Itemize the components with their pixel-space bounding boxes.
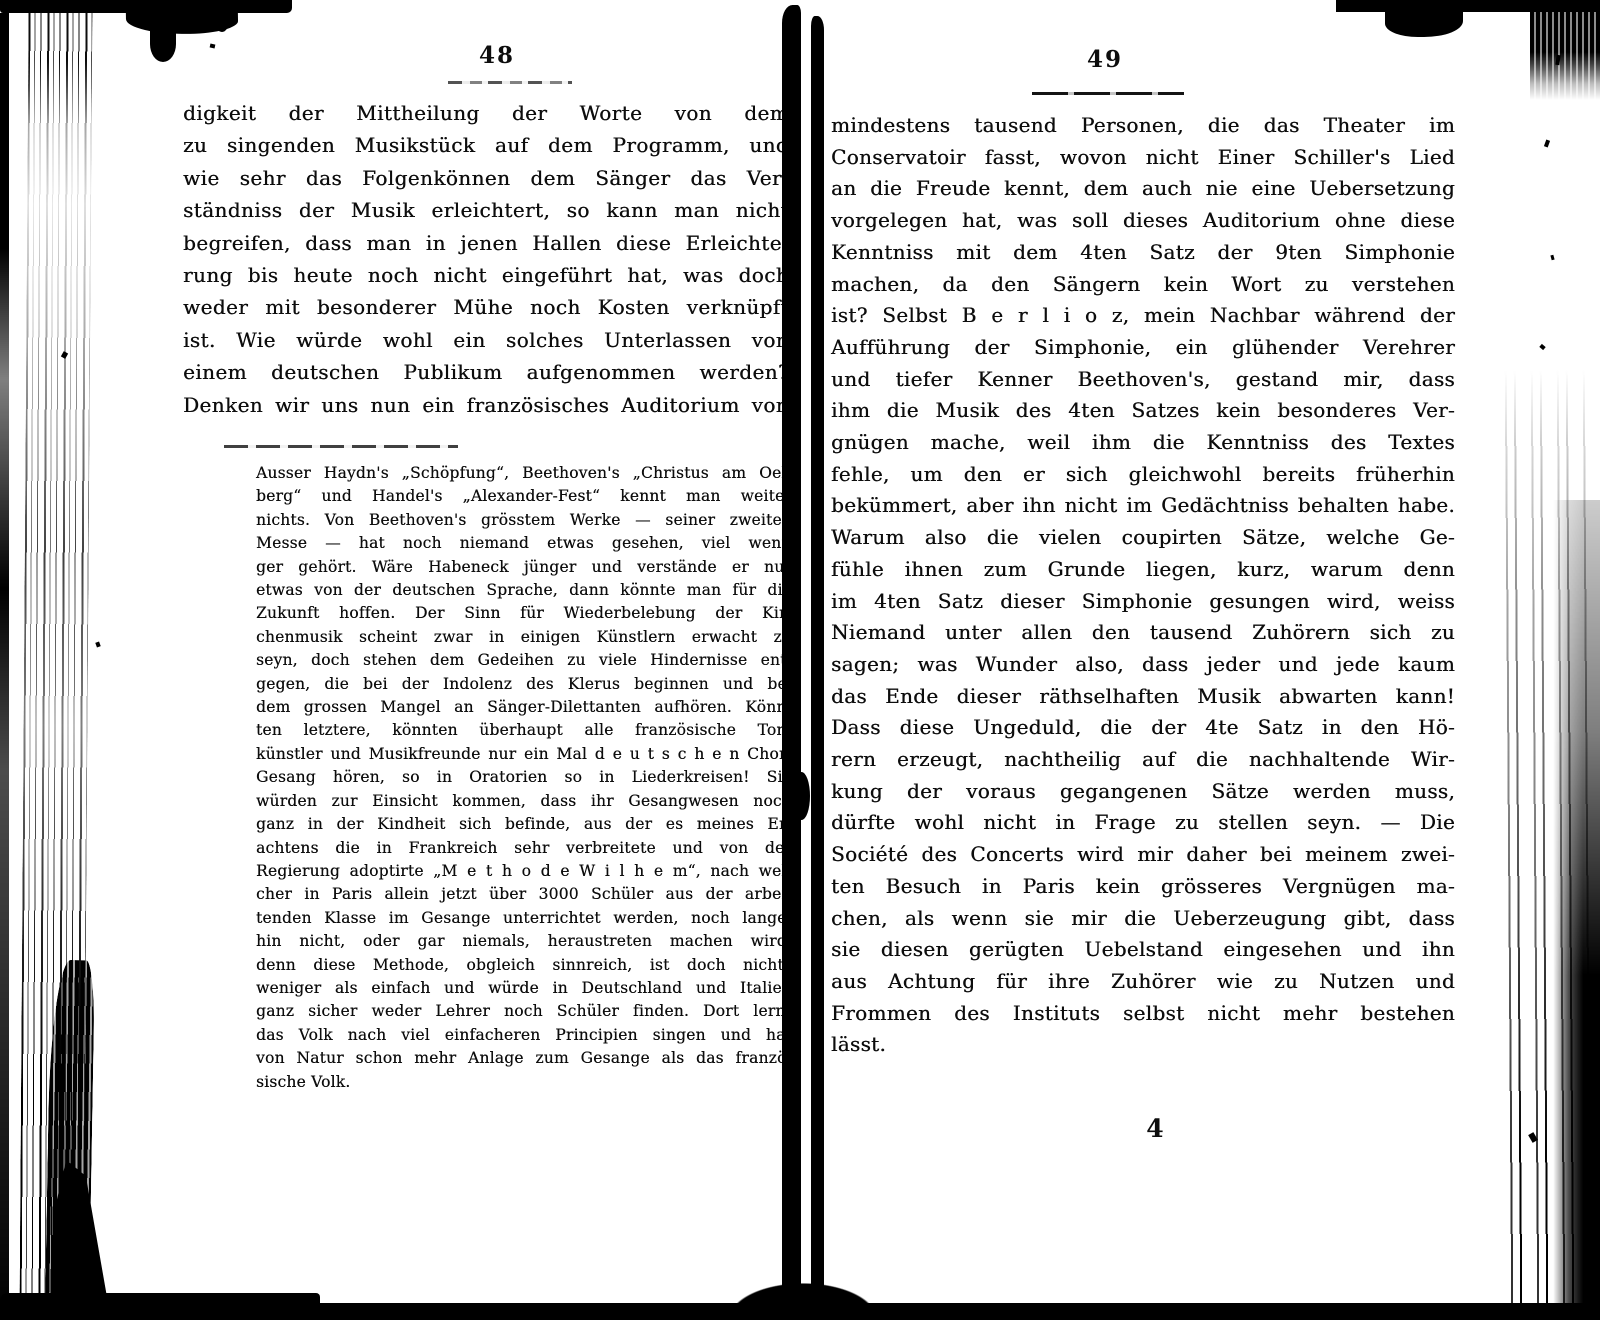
left-main-text: digkeit der Mittheilung der Worte von de… bbox=[183, 97, 789, 421]
text-line: gnügen mache, weil ihm die Kenntniss des… bbox=[831, 427, 1455, 459]
text-line: chen, als wenn sie mir die Ueberzeugung … bbox=[831, 903, 1455, 935]
text-line: vorgelegen hat, was soll dieses Auditori… bbox=[831, 205, 1455, 237]
text-line: berg“ und Handel's „Alexander-Fest“ kenn… bbox=[256, 485, 792, 508]
signature-mark: 4 bbox=[1095, 1114, 1215, 1143]
right-page-number: 49 bbox=[1005, 46, 1205, 73]
text-line: fühle ihnen zum Grunde liegen, kurz, war… bbox=[831, 554, 1455, 586]
text-line: lässt. bbox=[831, 1029, 1455, 1061]
text-line: Denken wir uns nun ein französisches Aud… bbox=[183, 389, 789, 421]
text-line: mindestens tausend Personen, die das The… bbox=[831, 110, 1455, 142]
text-line: gegen, die bei der Indolenz des Klerus b… bbox=[256, 673, 792, 696]
text-line: von Natur schon mehr Anlage zum Gesange … bbox=[256, 1047, 792, 1070]
text-line: wie sehr das Folgenkönnen dem Sänger das… bbox=[183, 162, 789, 194]
text-line: künstler und Musikfreunde nur ein Mal d … bbox=[256, 743, 792, 766]
footnote-separator-rule bbox=[224, 445, 458, 448]
right-main-text: mindestens tausend Personen, die das The… bbox=[831, 110, 1455, 1061]
left-page-number-rule bbox=[448, 81, 572, 84]
text-line: Dass diese Ungeduld, die der 4te Satz in… bbox=[831, 712, 1455, 744]
text-line: ist. Wie würde wohl ein solches Unterlas… bbox=[183, 324, 789, 356]
text-line: weder mit besonderer Mühe noch Kosten ve… bbox=[183, 291, 789, 323]
text-line: Aufführung der Simphonie, ein glühender … bbox=[831, 332, 1455, 364]
text-line: ten letztere, könnten überhaupt alle fra… bbox=[256, 719, 792, 742]
text-line: machen, da den Sängern kein Wort zu vers… bbox=[831, 269, 1455, 301]
text-line: Frommen des Instituts selbst nicht mehr … bbox=[831, 998, 1455, 1030]
text-line: etwas von der deutschen Sprache, dann kö… bbox=[256, 579, 792, 602]
text-line: ständniss der Musik erleichtert, so kann… bbox=[183, 194, 789, 226]
text-line: ist? Selbst B e r l i o z, mein Nachbar … bbox=[831, 300, 1455, 332]
text-line: Warum also die vielen coupirten Sätze, w… bbox=[831, 522, 1455, 554]
text-line: bekümmert, aber ihn nicht im Gedächtniss… bbox=[831, 490, 1455, 522]
text-line: rung bis heute noch nicht eingeführt hat… bbox=[183, 259, 789, 291]
text-line: cher in Paris allein jetzt über 3000 Sch… bbox=[256, 883, 792, 906]
text-line: ganz in der Kindheit sich befinde, aus d… bbox=[256, 813, 792, 836]
text-line: das Ende dieser räthselhaften Musik abwa… bbox=[831, 681, 1455, 713]
text-line: Conservatoir fasst, wovon nicht Einer Sc… bbox=[831, 142, 1455, 174]
text-line: Gesang hören, so in Oratorien so in Lied… bbox=[256, 766, 792, 789]
text-line: weniger als einfach und würde in Deutsch… bbox=[256, 977, 792, 1000]
text-line: dürfte wohl nicht in Frage zu stellen se… bbox=[831, 807, 1455, 839]
text-line: denn diese Methode, obgleich sinnreich, … bbox=[256, 954, 792, 977]
text-line: dem grossen Mangel an Sänger-Dilettanten… bbox=[256, 696, 792, 719]
text-line: ger gehört. Wäre Habeneck jünger und ver… bbox=[256, 556, 792, 579]
text-line: Kenntniss mit dem 4ten Satz der 9ten Sim… bbox=[831, 237, 1455, 269]
text-line: ten Besuch in Paris kein grösseres Vergn… bbox=[831, 871, 1455, 903]
text-line: achtens die in Frankreich sehr verbreite… bbox=[256, 837, 792, 860]
text-line: digkeit der Mittheilung der Worte von de… bbox=[183, 97, 789, 129]
book-spread: 48 digkeit der Mittheilung der Worte von… bbox=[0, 0, 1600, 1320]
right-page-number-rule bbox=[1032, 92, 1184, 95]
text-line: fehle, um den er sich gleichwohl bereits… bbox=[831, 459, 1455, 491]
text-line: seyn, doch stehen dem Gedeihen zu viele … bbox=[256, 649, 792, 672]
left-page-number: 48 bbox=[397, 42, 597, 69]
text-line: zu singenden Musikstück auf dem Programm… bbox=[183, 129, 789, 161]
text-line: kung der voraus gegangenen Sätze werden … bbox=[831, 776, 1455, 808]
text-line: sische Volk. bbox=[256, 1071, 792, 1094]
text-line: hin nicht, oder gar niemals, heraustrete… bbox=[256, 930, 792, 953]
text-line: einem deutschen Publikum aufgenommen wer… bbox=[183, 356, 789, 388]
text-line: Société des Concerts wird mir daher bei … bbox=[831, 839, 1455, 871]
text-line: Ausser Haydn's „Schöpfung“, Beethoven's … bbox=[256, 462, 792, 485]
text-line: würden zur Einsicht kommen, dass ihr Ges… bbox=[256, 790, 792, 813]
text-line: an die Freude kennt, dem auch nie eine U… bbox=[831, 173, 1455, 205]
text-line: begreifen, dass man in jenen Hallen dies… bbox=[183, 227, 789, 259]
text-line: Regierung adoptirte „M e t h o d e W i l… bbox=[256, 860, 792, 883]
text-line: nichts. Von Beethoven's grösstem Werke —… bbox=[256, 509, 792, 532]
text-line: chenmusik scheint zwar in einigen Künstl… bbox=[256, 626, 792, 649]
text-line: ihm die Musik des 4ten Satzes kein beson… bbox=[831, 395, 1455, 427]
text-line: Zukunft hoffen. Der Sinn für Wiederbeleb… bbox=[256, 602, 792, 625]
text-line: sagen; was Wunder also, dass jeder und j… bbox=[831, 649, 1455, 681]
left-footnote-text: Ausser Haydn's „Schöpfung“, Beethoven's … bbox=[256, 462, 792, 1094]
text-line: Messe — hat noch niemand etwas gesehen, … bbox=[256, 532, 792, 555]
text-line: sie diesen gerügten Uebelstand eingesehe… bbox=[831, 934, 1455, 966]
text-line: ganz sicher weder Lehrer noch Schüler fi… bbox=[256, 1000, 792, 1023]
text-line: aus Achtung für ihre Zuhörer wie zu Nutz… bbox=[831, 966, 1455, 998]
text-line: das Volk nach viel einfacheren Principie… bbox=[256, 1024, 792, 1047]
text-line: Niemand unter allen den tausend Zuhörern… bbox=[831, 617, 1455, 649]
text-line: und tiefer Kenner Beethoven's, gestand m… bbox=[831, 364, 1455, 396]
text-line: tenden Klasse im Gesange unterrichtet we… bbox=[256, 907, 792, 930]
text-line: rern erzeugt, nachtheilig auf die nachha… bbox=[831, 744, 1455, 776]
text-line: im 4ten Satz dieser Simphonie gesungen w… bbox=[831, 586, 1455, 618]
